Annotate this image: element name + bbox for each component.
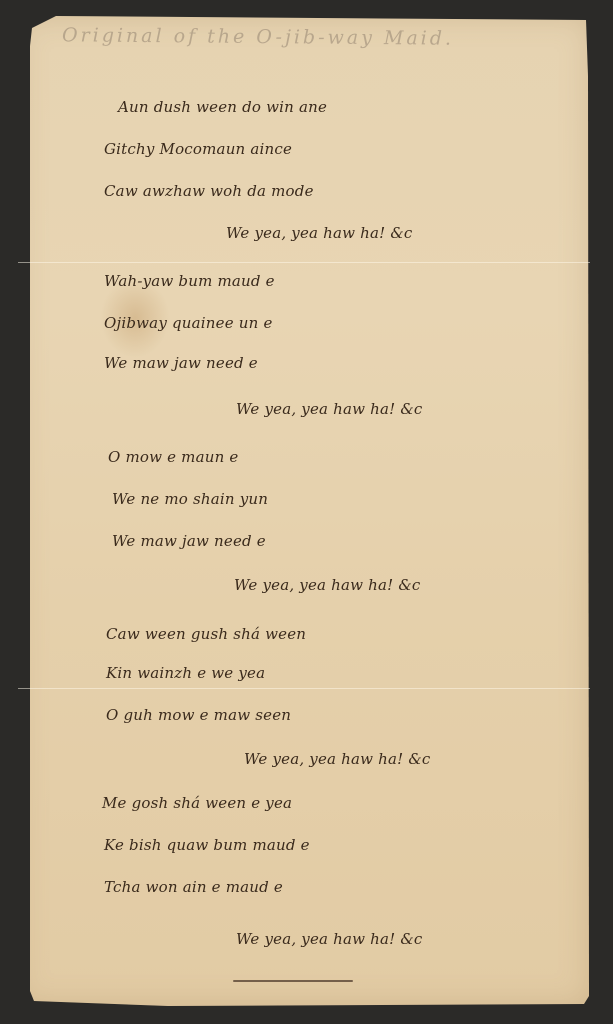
verse-line: Caw awzhaw woh da mode — [104, 182, 314, 200]
paper-fold-line — [18, 688, 590, 689]
refrain-line: We yea, yea haw ha! &c — [244, 750, 431, 768]
pencil-heading: Original of the O-jib-way Maid. — [62, 24, 454, 49]
verse-line: Ojibway quainee un e — [104, 314, 273, 332]
closing-rule — [233, 980, 353, 982]
verse-line: We maw jaw need e — [104, 354, 258, 372]
verse-line: Caw ween gush shá ween — [106, 625, 306, 643]
verse-line: Tcha won ain e maud e — [104, 878, 283, 896]
refrain-line: We yea, yea haw ha! &c — [226, 224, 413, 242]
refrain-line: We yea, yea haw ha! &c — [236, 400, 423, 418]
verse-line: O guh mow e maw seen — [106, 706, 291, 724]
verse-line: Ke bish quaw bum maud e — [104, 836, 310, 854]
verse-line: We maw jaw need e — [112, 532, 266, 550]
verse-line: Gitchy Mocomaun aince — [104, 140, 292, 158]
verse-line: Me gosh shá ween e yea — [102, 794, 292, 812]
verse-line: Aun dush ween do win ane — [118, 98, 327, 116]
verse-line: We ne mo shain yun — [112, 490, 268, 508]
refrain-line: We yea, yea haw ha! &c — [234, 576, 421, 594]
manuscript-page — [18, 16, 590, 1006]
verse-line: O mow e maun e — [108, 448, 239, 466]
verse-line: Kin wainzh e we yea — [106, 664, 265, 682]
verse-line: Wah-yaw bum maud e — [104, 272, 275, 290]
paper-fold-line — [18, 262, 590, 263]
refrain-line: We yea, yea haw ha! &c — [236, 930, 423, 948]
